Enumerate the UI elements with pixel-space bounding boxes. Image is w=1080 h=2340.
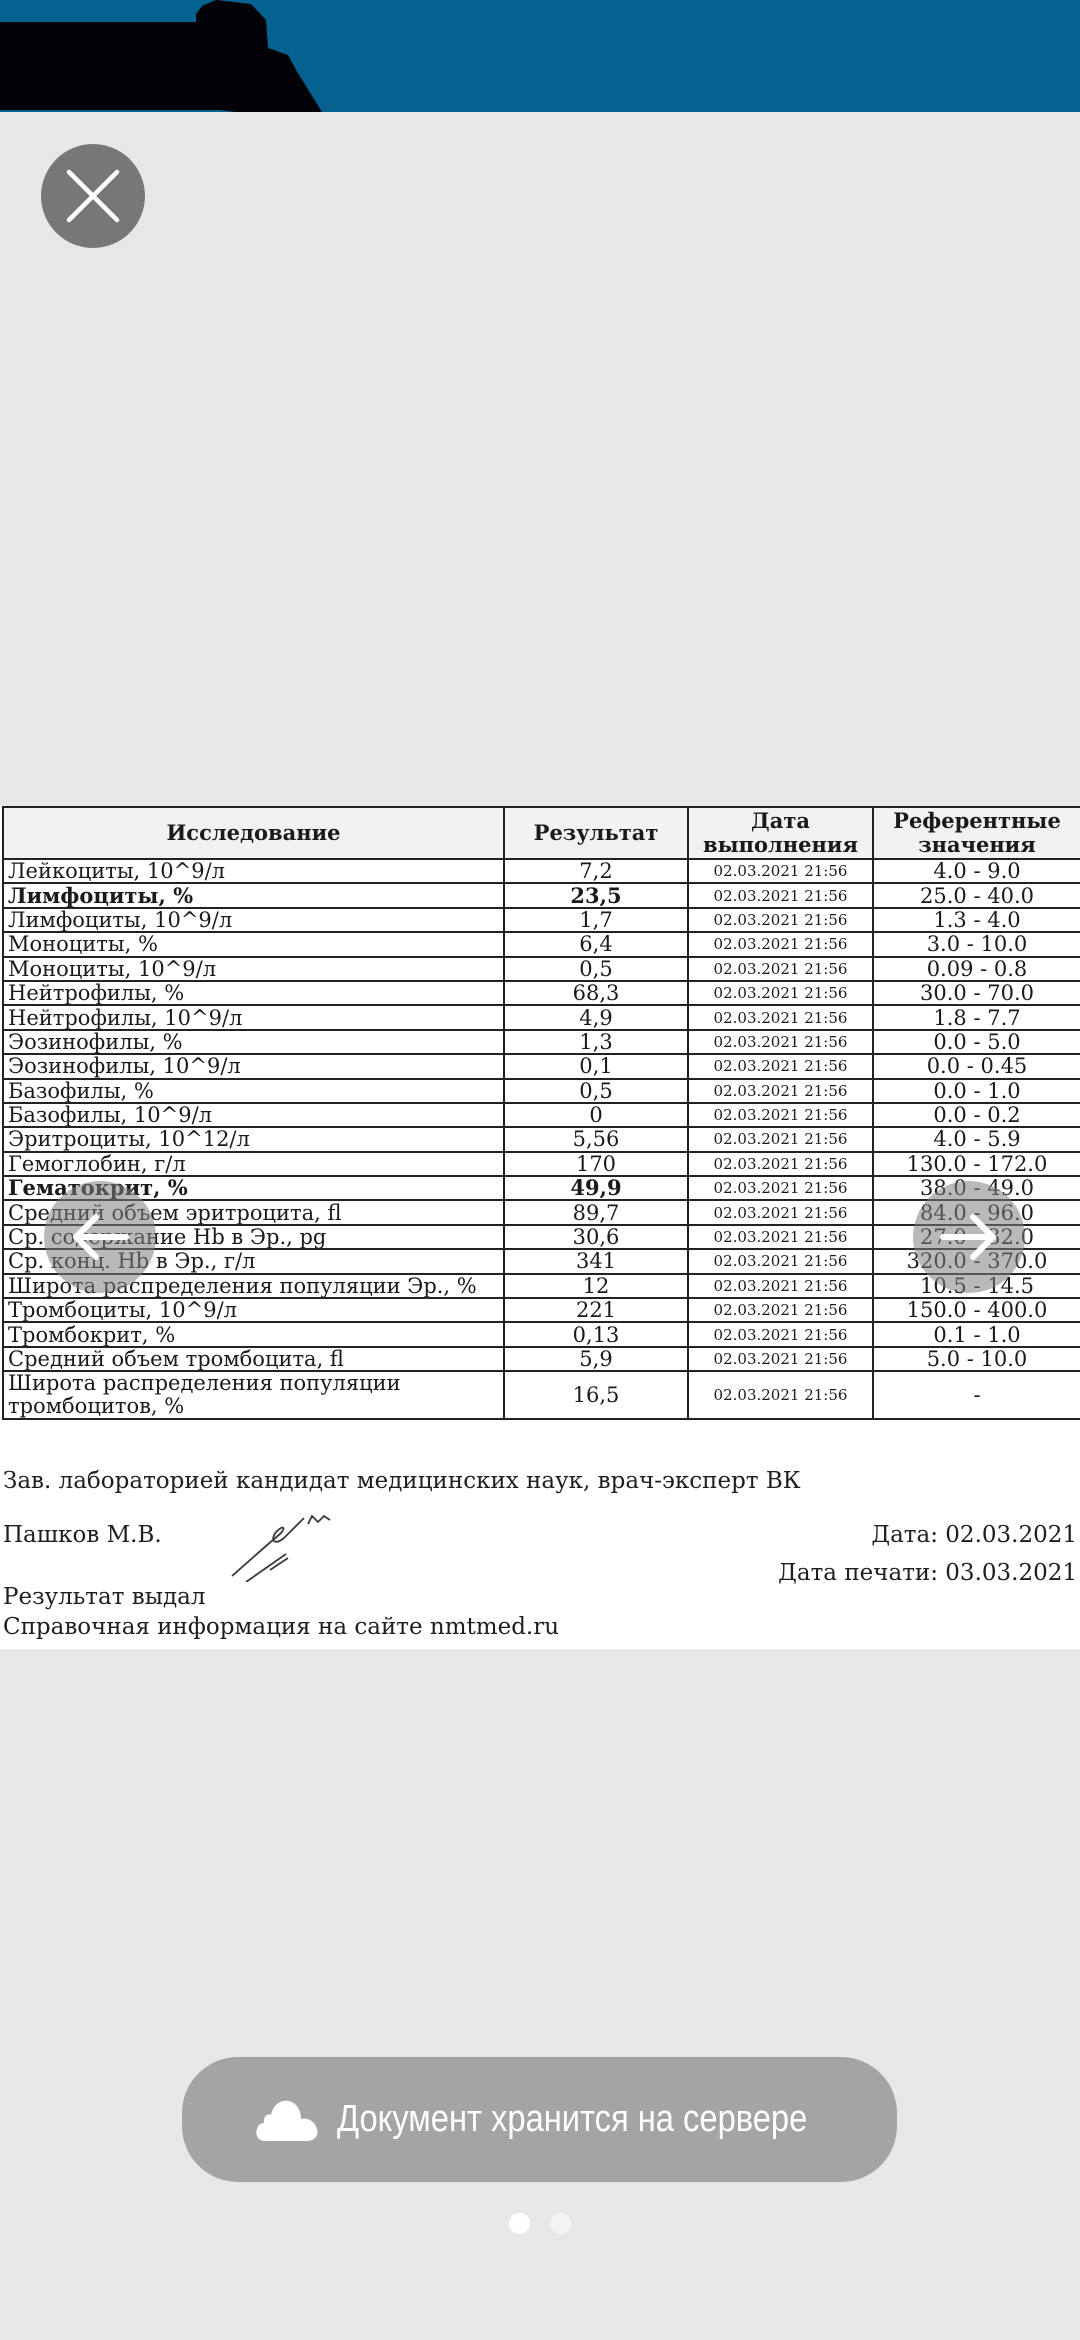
- cell-study-name: Тромбокрит, %: [3, 1322, 504, 1346]
- cell-date: 02.03.2021 21:56: [688, 932, 873, 956]
- cell-result: 30,6: [504, 1225, 688, 1249]
- table-row: Эозинофилы, %1,302.03.2021 21:560.0 - 5.…: [3, 1030, 1080, 1054]
- close-button[interactable]: [41, 144, 145, 248]
- cell-result: 1,3: [504, 1030, 688, 1054]
- cell-result: 0,5: [504, 1079, 688, 1103]
- cell-result: 0,5: [504, 957, 688, 981]
- redacted-shape: [196, 0, 326, 112]
- cell-reference: 130.0 - 172.0: [873, 1152, 1080, 1176]
- table-row: Тромбоциты, 10^9/л22102.03.2021 21:56150…: [3, 1298, 1080, 1322]
- cell-result: 68,3: [504, 981, 688, 1005]
- cell-reference: 25.0 - 40.0: [873, 883, 1080, 907]
- table-header-row: Исследование Результат Дата выполнения Р…: [3, 807, 1080, 859]
- top-bar: [0, 0, 1080, 112]
- cell-study-name: Нейтрофилы, 10^9/л: [3, 1005, 504, 1029]
- table-row: Широта распределения популяции Эр., %120…: [3, 1274, 1080, 1298]
- cell-date: 02.03.2021 21:56: [688, 1225, 873, 1249]
- cell-reference: 0.1 - 1.0: [873, 1322, 1080, 1346]
- print-date: Дата печати: 03.03.2021: [778, 1560, 1077, 1586]
- page-indicator: [0, 2213, 1080, 2235]
- previous-page-button[interactable]: [44, 1181, 156, 1293]
- cell-date: 02.03.2021 21:56: [688, 1103, 873, 1127]
- table-row: Средний объем тромбоцита, fl5,902.03.202…: [3, 1347, 1080, 1371]
- header-ref-line2: значения: [918, 832, 1036, 857]
- table-row: Лейкоциты, 10^9/л7,202.03.2021 21:564.0 …: [3, 859, 1080, 883]
- header-reference: Референтные значения: [873, 807, 1080, 859]
- cell-reference: 0.0 - 5.0: [873, 1030, 1080, 1054]
- cell-date: 02.03.2021 21:56: [688, 957, 873, 981]
- table-row: Эритроциты, 10^12/л5,5602.03.2021 21:564…: [3, 1127, 1080, 1151]
- cell-result: 5,56: [504, 1127, 688, 1151]
- cell-date: 02.03.2021 21:56: [688, 908, 873, 932]
- cell-date: 02.03.2021 21:56: [688, 1322, 873, 1346]
- cell-reference: 3.0 - 10.0: [873, 932, 1080, 956]
- cell-study-name: Гемоглобин, г/л: [3, 1152, 504, 1176]
- cell-date: 02.03.2021 21:56: [688, 1079, 873, 1103]
- reference-info-text: Справочная информация на сайте nmtmed.ru: [3, 1614, 559, 1640]
- signature: [230, 1512, 340, 1582]
- cell-study-name: Эозинофилы, %: [3, 1030, 504, 1054]
- table-row: Моноциты, %6,402.03.2021 21:563.0 - 10.0: [3, 932, 1080, 956]
- cloud-icon: [255, 2099, 319, 2141]
- cell-result: 221: [504, 1298, 688, 1322]
- table-row: Лимфоциты, 10^9/л1,702.03.2021 21:561.3 …: [3, 908, 1080, 932]
- cell-date: 02.03.2021 21:56: [688, 1176, 873, 1200]
- header-date: Дата выполнения: [688, 807, 873, 859]
- cell-reference: 0.0 - 0.45: [873, 1054, 1080, 1078]
- cell-study-name: Эритроциты, 10^12/л: [3, 1127, 504, 1151]
- table-row: Гематокрит, %49,902.03.2021 21:5638.0 - …: [3, 1176, 1080, 1200]
- cell-result: 4,9: [504, 1005, 688, 1029]
- cell-date: 02.03.2021 21:56: [688, 1249, 873, 1273]
- cell-result: 341: [504, 1249, 688, 1273]
- cell-reference: 0.0 - 1.0: [873, 1079, 1080, 1103]
- next-page-button[interactable]: [913, 1181, 1025, 1293]
- cell-date: 02.03.2021 21:56: [688, 1298, 873, 1322]
- cell-date: 02.03.2021 21:56: [688, 1274, 873, 1298]
- header-date-line1: Дата: [751, 808, 810, 833]
- cell-reference: 1.3 - 4.0: [873, 908, 1080, 932]
- cell-study-name: Моноциты, %: [3, 932, 504, 956]
- head-of-lab-text: Зав. лабораторией кандидат медицинских н…: [3, 1468, 801, 1494]
- cell-date: 02.03.2021 21:56: [688, 981, 873, 1005]
- cell-date: 02.03.2021 21:56: [688, 1371, 873, 1419]
- cell-date: 02.03.2021 21:56: [688, 1127, 873, 1151]
- cell-result: 23,5: [504, 883, 688, 907]
- cell-result: 89,7: [504, 1200, 688, 1224]
- cell-date: 02.03.2021 21:56: [688, 883, 873, 907]
- table-row: Лимфоциты, %23,502.03.2021 21:5625.0 - 4…: [3, 883, 1080, 907]
- toast-text: Документ хранится на сервере: [337, 2098, 807, 2141]
- page-dot-2[interactable]: [550, 2213, 571, 2234]
- cell-date: 02.03.2021 21:56: [688, 1200, 873, 1224]
- arrow-right-icon: [939, 1212, 999, 1262]
- cell-date: 02.03.2021 21:56: [688, 1005, 873, 1029]
- cell-study-name: Эозинофилы, 10^9/л: [3, 1054, 504, 1078]
- cell-reference: 4.0 - 5.9: [873, 1127, 1080, 1151]
- table-row: Базофилы, 10^9/л002.03.2021 21:560.0 - 0…: [3, 1103, 1080, 1127]
- table-row: Широта распределения популяции тромбоцит…: [3, 1371, 1080, 1419]
- cell-date: 02.03.2021 21:56: [688, 1347, 873, 1371]
- cell-reference: 0.0 - 0.2: [873, 1103, 1080, 1127]
- cell-result: 5,9: [504, 1347, 688, 1371]
- table-row: Базофилы, %0,502.03.2021 21:560.0 - 1.0: [3, 1079, 1080, 1103]
- cell-result: 1,7: [504, 908, 688, 932]
- cell-study-name: Лейкоциты, 10^9/л: [3, 859, 504, 883]
- table-row: Тромбокрит, %0,1302.03.2021 21:560.1 - 1…: [3, 1322, 1080, 1346]
- cell-result: 0,13: [504, 1322, 688, 1346]
- result-date: Дата: 02.03.2021: [871, 1522, 1077, 1548]
- cell-date: 02.03.2021 21:56: [688, 1152, 873, 1176]
- table-row: Нейтрофилы, %68,302.03.2021 21:5630.0 - …: [3, 981, 1080, 1005]
- header-date-line2: выполнения: [703, 832, 858, 857]
- cell-date: 02.03.2021 21:56: [688, 859, 873, 883]
- cell-result: 0,1: [504, 1054, 688, 1078]
- cell-study-name: Лимфоциты, %: [3, 883, 504, 907]
- cell-study-name: Базофилы, 10^9/л: [3, 1103, 504, 1127]
- cell-reference: 150.0 - 400.0: [873, 1298, 1080, 1322]
- cell-result: 12: [504, 1274, 688, 1298]
- close-icon: [65, 168, 121, 224]
- cell-reference: 0.09 - 0.8: [873, 957, 1080, 981]
- cell-date: 02.03.2021 21:56: [688, 1054, 873, 1078]
- cell-result: 170: [504, 1152, 688, 1176]
- cell-study-name: Лимфоциты, 10^9/л: [3, 908, 504, 932]
- cell-reference: 30.0 - 70.0: [873, 981, 1080, 1005]
- table-row: Моноциты, 10^9/л0,502.03.2021 21:560.09 …: [3, 957, 1080, 981]
- cell-result: 16,5: [504, 1371, 688, 1419]
- cell-result: 0: [504, 1103, 688, 1127]
- header-ref-line1: Референтные: [893, 808, 1061, 833]
- issued-by-text: Результат выдал: [3, 1584, 206, 1610]
- cell-study-name: Нейтрофилы, %: [3, 981, 504, 1005]
- cell-study-name: Широта распределения популяции тромбоцит…: [3, 1371, 504, 1419]
- table-row: Гемоглобин, г/л17002.03.2021 21:56130.0 …: [3, 1152, 1080, 1176]
- arrow-left-icon: [70, 1212, 130, 1262]
- server-storage-toast: Документ хранится на сервере: [182, 2057, 897, 2182]
- cell-result: 6,4: [504, 932, 688, 956]
- cell-study-name: Базофилы, %: [3, 1079, 504, 1103]
- table-row: Нейтрофилы, 10^9/л4,902.03.2021 21:561.8…: [3, 1005, 1080, 1029]
- cell-reference: 1.8 - 7.7: [873, 1005, 1080, 1029]
- results-table: Исследование Результат Дата выполнения Р…: [2, 806, 1080, 1420]
- page-dot-1[interactable]: [509, 2213, 530, 2234]
- header-study: Исследование: [3, 807, 504, 859]
- cell-result: 7,2: [504, 859, 688, 883]
- table-row: Эозинофилы, 10^9/л0,102.03.2021 21:560.0…: [3, 1054, 1080, 1078]
- cell-study-name: Моноциты, 10^9/л: [3, 957, 504, 981]
- cell-reference: 4.0 - 9.0: [873, 859, 1080, 883]
- cell-study-name: Тромбоциты, 10^9/л: [3, 1298, 504, 1322]
- cell-date: 02.03.2021 21:56: [688, 1030, 873, 1054]
- cell-study-name: Средний объем тромбоцита, fl: [3, 1347, 504, 1371]
- cell-result: 49,9: [504, 1176, 688, 1200]
- header-result: Результат: [504, 807, 688, 859]
- doctor-name: Пашков М.В.: [3, 1522, 162, 1548]
- cell-reference: -: [873, 1371, 1080, 1419]
- cell-reference: 5.0 - 10.0: [873, 1347, 1080, 1371]
